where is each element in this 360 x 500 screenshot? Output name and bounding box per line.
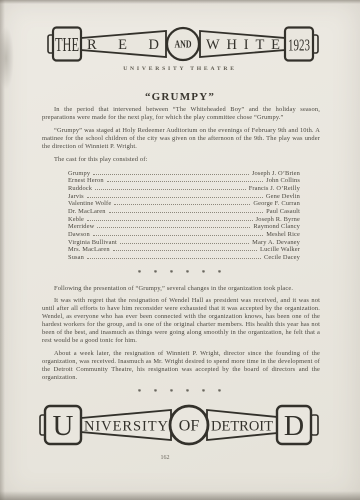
footer-banner-art: U NIVERSITY OF DETROIT D — [39, 402, 319, 448]
dotted-leader — [109, 206, 263, 213]
scan-smudge — [0, 26, 14, 90]
cast-row: MerridewRaymond Clancy — [68, 222, 300, 230]
cast-row: JarvisGene Devlin — [68, 191, 300, 199]
scan-edge-top — [0, 0, 360, 4]
paragraph: About a week later, the resignation of W… — [42, 350, 320, 382]
cast-row: Ernest HeronJohn Collins — [68, 176, 300, 184]
dotted-leader — [93, 230, 263, 237]
dotted-leader — [95, 183, 246, 190]
cast-role: Merridew — [68, 223, 94, 231]
cast-row: RuddockFrancis J. O’Reilly — [68, 183, 300, 191]
cast-row: Mrs. MacLarenLucille Walker — [68, 245, 300, 253]
cast-role: Dawson — [68, 231, 90, 239]
paragraph: In the period that intervened between “T… — [42, 106, 320, 122]
banner-letter-d: D — [284, 411, 304, 442]
cast-actor: Joseph R. Byrne — [256, 216, 300, 224]
banner-word-detroit: DETROIT — [211, 419, 273, 435]
banner-word-year: 1923 — [288, 36, 310, 55]
paragraph: “Grumpy” was staged at Holy Redeemer Aud… — [42, 127, 320, 151]
asterisk-separator: * * * * * * — [42, 269, 320, 277]
cast-role: Keble — [68, 216, 84, 224]
masthead-subtitle: UNIVERSITY THEATRE — [0, 66, 360, 72]
masthead-banner: THE RED AND WHITE 1923 — [47, 24, 319, 64]
dotted-leader — [87, 191, 263, 198]
cast-role: Grumpy — [68, 170, 90, 178]
banner-word-niversity: NIVERSITY — [84, 419, 169, 435]
banner-word-of: OF — [179, 418, 200, 435]
cast-row: SusanCecile Dacey — [68, 253, 300, 261]
cast-actor: Lucille Walker — [260, 246, 300, 254]
scan-edge-bottom — [0, 491, 360, 500]
dotted-leader — [93, 168, 249, 175]
cast-row: GrumpyJoseph J. O’Brien — [68, 168, 300, 176]
footer-banner: U NIVERSITY OF DETROIT D — [39, 402, 319, 448]
page-number: 162 — [150, 455, 180, 461]
cast-role: Virginia Bullivant — [68, 239, 117, 247]
cast-list: GrumpyJoseph J. O’Brien Ernest HeronJohn… — [68, 168, 300, 260]
cast-actor: Meshel Rice — [266, 231, 300, 239]
cast-actor: Gene Devlin — [266, 193, 300, 201]
masthead-banner-art: THE RED AND WHITE 1923 — [47, 24, 319, 64]
cast-actor: Cecile Dacey — [264, 254, 300, 262]
dotted-leader — [107, 176, 263, 183]
dotted-leader — [120, 237, 249, 244]
cast-row: Virginia BullivantMary A. Devaney — [68, 237, 300, 245]
dotted-leader — [87, 214, 253, 221]
cast-actor: Mary A. Devaney — [252, 239, 300, 247]
asterisk-separator: * * * * * * — [42, 388, 320, 396]
cast-role: Jarvis — [68, 193, 84, 201]
cast-role: Valentine Wolfe — [68, 200, 111, 208]
cast-actor: Paul Casault — [266, 208, 300, 216]
dotted-leader — [114, 199, 250, 206]
cast-intro: The cast for this play consisted of: — [42, 156, 320, 164]
cast-actor: John Collins — [266, 177, 300, 185]
dotted-leader — [97, 222, 250, 229]
cast-role: Susan — [68, 254, 84, 262]
yearbook-page: THE RED AND WHITE 1923 UNIVERSITY THEATR… — [0, 0, 360, 500]
paragraph: Following the presentation of “Grumpy,” … — [42, 285, 320, 293]
cast-row: Valentine WolfeGeorge F. Curran — [68, 199, 300, 207]
banner-letter-u: U — [53, 410, 74, 442]
paragraph: It was with regret that the resignation … — [42, 297, 320, 345]
dotted-leader — [113, 245, 257, 252]
article-title: “GRUMPY” — [0, 91, 360, 103]
banner-word-the: THE — [55, 34, 79, 56]
cast-row: KebleJoseph R. Byrne — [68, 214, 300, 222]
cast-row: Dr. MacLarenPaul Casault — [68, 206, 300, 214]
article-body: In the period that intervened between “T… — [42, 106, 320, 396]
banner-word-and: AND — [175, 40, 192, 51]
dotted-leader — [87, 253, 261, 260]
